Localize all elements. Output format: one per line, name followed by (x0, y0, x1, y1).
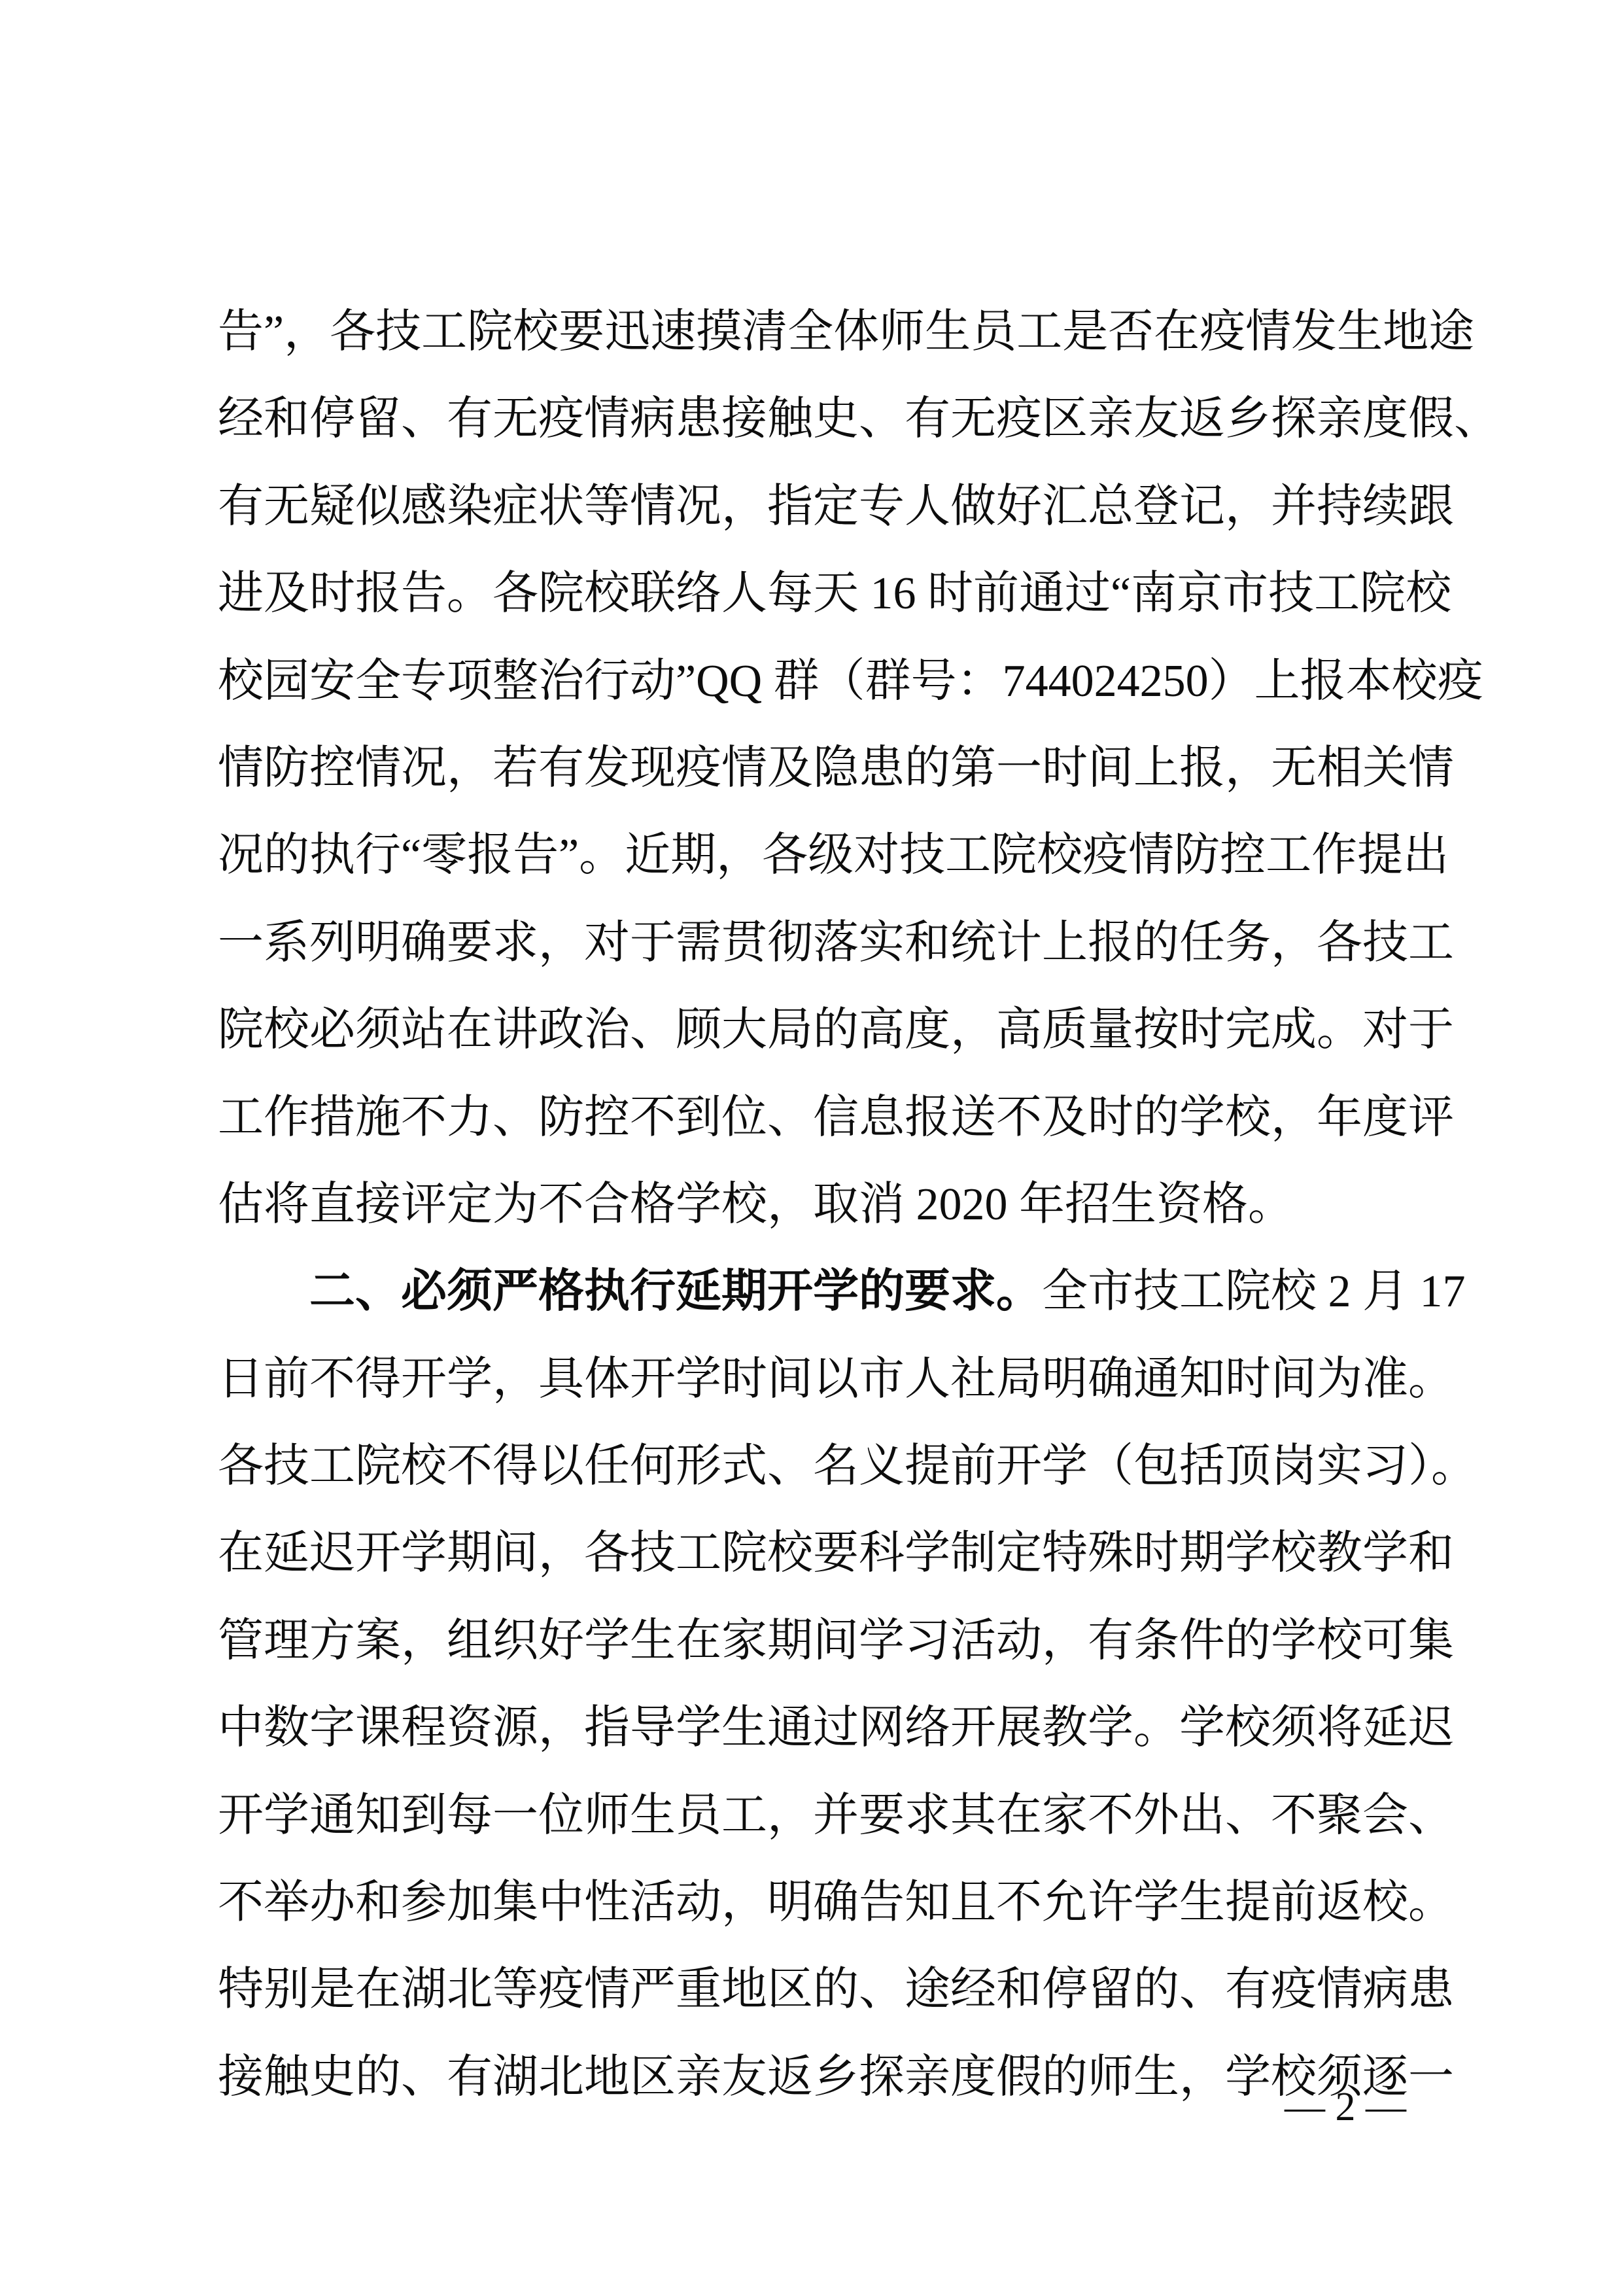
text-run: 校园安全专项整治行动”QQ 群（群号：744024250）上报本校疫 (218, 656, 1483, 706)
text-run: 有无疑似感染症状等情况，指定专人做好汇总登记，并持续跟 (218, 481, 1454, 532)
text-run: 特别是在湖北等疫情严重地区的、途经和停留的、有疫情病患 (218, 1964, 1454, 2015)
text-run: 日前不得开学，具体开学时间以市人社局明确通知时间为准。 (218, 1354, 1454, 1404)
text-run: 全市技工院校 2 月 17 (1042, 1266, 1466, 1317)
text-line: 估将直接评定为不合格学校，取消 2020 年招生资格。 (218, 1161, 1406, 1248)
text-run: 开学通知到每一位师生员工，并要求其在家不外出、不聚会、 (218, 1790, 1454, 1841)
text-line: 有无疑似感染症状等情况，指定专人做好汇总登记，并持续跟 (218, 463, 1406, 550)
text-block: 告”，各技工院校要迅速摸清全体师生员工是否在疫情发生地途经和停留、有无疫情病患接… (218, 288, 1406, 2121)
text-line: 校园安全专项整治行动”QQ 群（群号：744024250）上报本校疫 (218, 638, 1406, 725)
page-number: — 2 — (218, 2084, 1406, 2130)
text-run: 管理方案，组织好学生在家期间学习活动，有条件的学校可集 (218, 1616, 1454, 1666)
text-line: 在延迟开学期间，各技工院校要科学制定特殊时期学校教学和 (218, 1510, 1406, 1597)
text-line: 中数字课程资源，指导学生通过网络开展教学。学校须将延迟 (218, 1684, 1406, 1771)
text-line: 工作措施不力、防控不到位、信息报送不及时的学校，年度评 (218, 1074, 1406, 1161)
text-line: 日前不得开学，具体开学时间以市人社局明确通知时间为准。 (218, 1336, 1406, 1423)
text-line: 情防控情况，若有发现疫情及隐患的第一时间上报，无相关情 (218, 725, 1406, 812)
document-page: 告”，各技工院校要迅速摸清全体师生员工是否在疫情发生地途经和停留、有无疫情病患接… (0, 0, 1624, 2283)
text-line: 二、必须严格执行延期开学的要求。全市技工院校 2 月 17 (218, 1248, 1406, 1335)
text-line: 告”，各技工院校要迅速摸清全体师生员工是否在疫情发生地途 (218, 288, 1406, 375)
text-run: 况的执行“零报告”。近期，各级对技工院校疫情防控工作提出 (218, 830, 1449, 880)
text-line: 况的执行“零报告”。近期，各级对技工院校疫情防控工作提出 (218, 812, 1406, 899)
text-line: 院校必须站在讲政治、顾大局的高度，高质量按时完成。对于 (218, 986, 1406, 1073)
text-line: 一系列明确要求，对于需贯彻落实和统计上报的任务，各技工 (218, 899, 1406, 986)
text-run: 中数字课程资源，指导学生通过网络开展教学。学校须将延迟 (218, 1703, 1454, 1753)
text-line: 进及时报告。各院校联络人每天 16 时前通过“南京市技工院校 (218, 550, 1406, 637)
text-run: 工作措施不力、防控不到位、信息报送不及时的学校，年度评 (218, 1092, 1454, 1143)
text-line: 不举办和参加集中性活动，明确告知且不允许学生提前返校。 (218, 1859, 1406, 1946)
section-heading-run: 二、必须严格执行延期开学的要求。 (309, 1266, 1042, 1317)
text-run: 估将直接评定为不合格学校，取消 2020 年招生资格。 (218, 1179, 1294, 1230)
text-run: 情防控情况，若有发现疫情及隐患的第一时间上报，无相关情 (218, 743, 1454, 793)
text-run: 不举办和参加集中性活动，明确告知且不允许学生提前返校。 (218, 1877, 1454, 1928)
text-run: 一系列明确要求，对于需贯彻落实和统计上报的任务，各技工 (218, 918, 1454, 968)
text-run: 进及时报告。各院校联络人每天 16 时前通过“南京市技工院校 (218, 568, 1451, 619)
text-run: 经和停留、有无疫情病患接触史、有无疫区亲友返乡探亲度假、 (218, 394, 1500, 444)
text-run: 院校必须站在讲政治、顾大局的高度，高质量按时完成。对于 (218, 1005, 1454, 1055)
text-line: 各技工院校不得以任何形式、名义提前开学（包括顶岗实习）。 (218, 1423, 1406, 1510)
text-line: 开学通知到每一位师生员工，并要求其在家不外出、不聚会、 (218, 1772, 1406, 1859)
text-run: 各技工院校不得以任何形式、名义提前开学（包括顶岗实习）。 (218, 1441, 1477, 1491)
text-line: 管理方案，组织好学生在家期间学习活动，有条件的学校可集 (218, 1597, 1406, 1684)
text-run: 在延迟开学期间，各技工院校要科学制定特殊时期学校教学和 (218, 1528, 1454, 1578)
text-run: 告”，各技工院校要迅速摸清全体师生员工是否在疫情发生地途 (218, 307, 1474, 357)
text-line: 经和停留、有无疫情病患接触史、有无疫区亲友返乡探亲度假、 (218, 375, 1406, 462)
text-line: 特别是在湖北等疫情严重地区的、途经和停留的、有疫情病患 (218, 1946, 1406, 2033)
